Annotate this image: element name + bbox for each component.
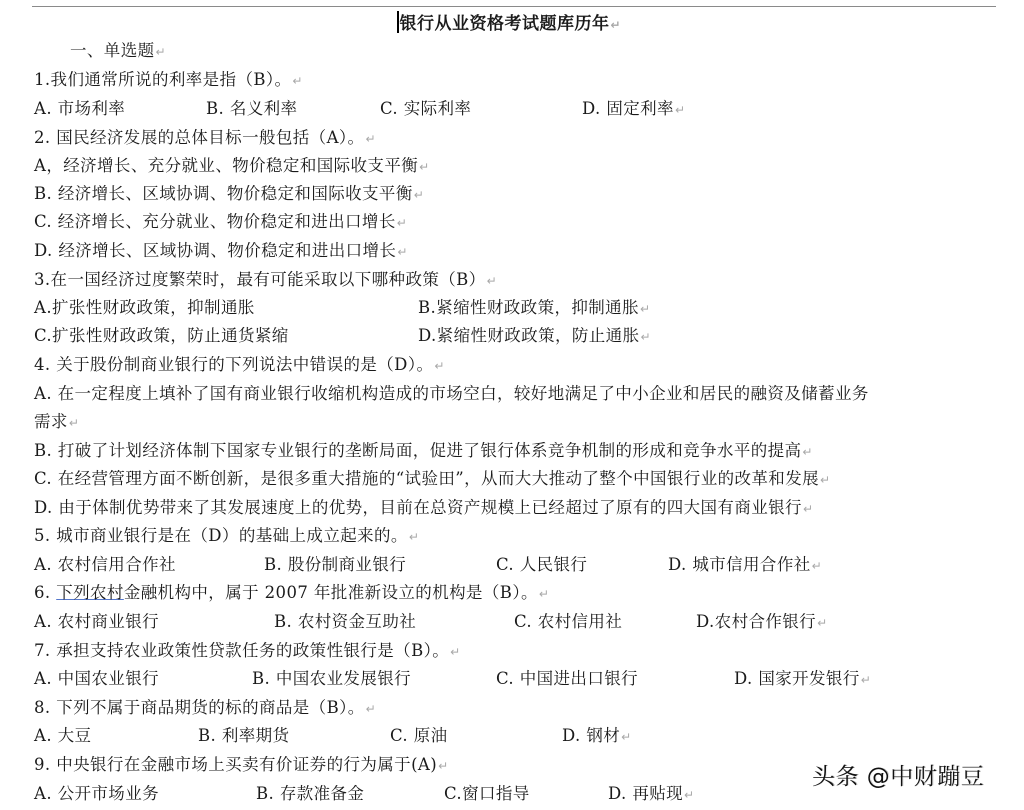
- option-b: B. 存款准备金: [256, 780, 364, 809]
- paragraph-mark-icon: ↵: [434, 359, 444, 373]
- question-1-options: A. 市场利率 B. 名义利率 C. 实际利率 D. 固定利率↵: [34, 95, 994, 123]
- question-5-stem: 5. 城市商业银行是在（D）的基础上成立起来的。↵: [34, 522, 419, 552]
- question-7-options: A. 中国农业银行 B. 中国农业发展银行 C. 中国进出口银行 D. 国家开发…: [34, 665, 994, 693]
- paragraph-mark-icon: ↵: [414, 188, 424, 202]
- option-c: C.扩张性财政政策，防止通货紧缩: [34, 322, 289, 351]
- option-text: A，经济增长、充分就业、物价稳定和国际收支平衡: [34, 156, 418, 175]
- question-text: 金融机构中，属于 2007 年批准新设立的机构是（B）。: [124, 583, 538, 602]
- option-b: B. 中国农业发展银行: [252, 665, 411, 694]
- option-text: B. 打破了计划经济体制下国家专业银行的垄断局面，促进了银行体系竞争机制的形成和…: [34, 441, 801, 460]
- option-a: A. 中国农业银行: [34, 665, 159, 694]
- question-1-stem: 1.我们通常所说的利率是指（B）。↵: [34, 66, 303, 96]
- option-d-text: D. 再贴现: [608, 784, 683, 803]
- paragraph-mark-icon: ↵: [156, 45, 166, 59]
- question-text: 3.在一国经济过度繁荣时，最有可能采取以下哪种政策（B）: [34, 270, 486, 289]
- spellcheck-underlined-text: 下列农村: [56, 583, 124, 602]
- option-c: C. 人民银行: [496, 551, 587, 580]
- option-d-text: D. 固定利率: [582, 99, 674, 118]
- paragraph-mark-icon: ↵: [861, 673, 871, 687]
- option-d: D. 再贴现↵: [608, 780, 695, 810]
- paragraph-mark-icon: ↵: [409, 530, 419, 544]
- question-text: 9. 中央银行在金融市场上买卖有价证券的行为属于(A): [34, 755, 437, 774]
- option-text: C. 在经营管理方面不断创新，是很多重大措施的“试验田”，从而大大推动了整个中国…: [34, 469, 819, 488]
- option-c: C.窗口指导: [444, 780, 530, 809]
- paragraph-mark-icon: ↵: [684, 788, 694, 802]
- option-d: D.农村合作银行↵: [696, 608, 828, 638]
- option-d-text: D.农村合作银行: [696, 612, 816, 631]
- option-c: C. 中国进出口银行: [496, 665, 638, 694]
- paragraph-mark-icon: ↵: [621, 730, 631, 744]
- paragraph-mark-icon: ↵: [640, 302, 650, 316]
- question-2-option-b: B. 经济增长、区域协调、物价稳定和国际收支平衡↵: [34, 180, 424, 210]
- option-d: D. 固定利率↵: [582, 95, 685, 125]
- question-text: 7. 承担支持农业政策性贷款任务的政策性银行是（B）。: [34, 641, 449, 660]
- question-8-options: A. 大豆 B. 利率期货 C. 原油 D. 钢材↵: [34, 722, 994, 750]
- paragraph-mark-icon: ↵: [366, 702, 376, 716]
- option-d: D. 钢材↵: [562, 722, 632, 752]
- question-9-stem: 9. 中央银行在金融市场上买卖有价证券的行为属于(A)↵: [34, 751, 449, 781]
- paragraph-mark-icon: ↵: [820, 473, 830, 487]
- paragraph-mark-icon: ↵: [397, 245, 407, 259]
- option-text: A. 在一定程度上填补了国有商业银行收缩机构造成的市场空白，较好地满足了中小企业…: [34, 384, 869, 403]
- option-d-text: D. 国家开发银行: [734, 669, 860, 688]
- option-text: D. 由于体制优势带来了其发展速度上的优势，目前在总资产规模上已经超过了原有的四…: [34, 498, 802, 517]
- question-text: 5. 城市商业银行是在（D）的基础上成立起来的。: [34, 526, 408, 545]
- option-b: B. 农村资金互助社: [274, 608, 416, 637]
- question-4-option-a-continued: 需求↵: [34, 408, 79, 438]
- paragraph-mark-icon: ↵: [487, 274, 497, 288]
- question-4-option-a: A. 在一定程度上填补了国有商业银行收缩机构造成的市场空白，较好地满足了中小企业…: [34, 380, 869, 409]
- question-4-option-d: D. 由于体制优势带来了其发展速度上的优势，目前在总资产规模上已经超过了原有的四…: [34, 494, 813, 524]
- watermark: 头条 @中财蹦豆: [812, 758, 984, 791]
- option-d: D.紧缩性财政政策，防止通胀↵: [418, 322, 651, 352]
- question-4-stem: 4. 关于股份制商业银行的下列说法中错误的是（D）。↵: [34, 351, 445, 381]
- question-2-option-a: A，经济增长、充分就业、物价稳定和国际收支平衡↵: [34, 152, 430, 182]
- page-top-border: [32, 6, 996, 7]
- question-number: 6.: [34, 583, 56, 602]
- option-text: 需求: [34, 412, 68, 431]
- question-4-option-c: C. 在经营管理方面不断创新，是很多重大措施的“试验田”，从而大大推动了整个中国…: [34, 465, 830, 495]
- question-3-stem: 3.在一国经济过度繁荣时，最有可能采取以下哪种政策（B）↵: [34, 266, 497, 296]
- paragraph-mark-icon: ↵: [69, 416, 79, 430]
- paragraph-mark-icon: ↵: [675, 103, 685, 117]
- option-b: B.紧缩性财政政策，抑制通胀↵: [418, 294, 650, 324]
- paragraph-mark-icon: ↵: [802, 445, 812, 459]
- question-4-option-b: B. 打破了计划经济体制下国家专业银行的垄断局面，促进了银行体系竞争机制的形成和…: [34, 437, 813, 467]
- paragraph-mark-icon: ↵: [803, 502, 813, 516]
- option-d-text: D. 城市信用合作社: [668, 555, 811, 574]
- option-b: B. 股份制商业银行: [264, 551, 406, 580]
- option-a: A.扩张性财政政策，抑制通胀: [34, 294, 255, 323]
- option-a: A. 农村信用合作社: [34, 551, 176, 580]
- question-text: 4. 关于股份制商业银行的下列说法中错误的是（D）。: [34, 355, 433, 374]
- option-text: D. 经济增长、区域协调、物价稳定和进出口增长: [34, 241, 396, 260]
- question-5-options: A. 农村信用合作社 B. 股份制商业银行 C. 人民银行 D. 城市信用合作社…: [34, 551, 994, 579]
- option-a: A. 大豆: [34, 722, 91, 751]
- question-2-stem: 2. 国民经济发展的总体目标一般包括（A）。↵: [34, 124, 376, 154]
- option-d-text: D. 钢材: [562, 726, 620, 745]
- section-heading: 一、单选题↵: [70, 37, 166, 67]
- question-text: 1.我们通常所说的利率是指（B）。: [34, 70, 291, 89]
- option-a: A. 农村商业银行: [34, 608, 159, 637]
- question-6-stem: 6. 下列农村金融机构中，属于 2007 年批准新设立的机构是（B）。↵: [34, 579, 549, 609]
- question-3-options-row-2: C.扩张性财政政策，防止通货紧缩 D.紧缩性财政政策，防止通胀↵: [34, 322, 994, 350]
- question-6-options: A. 农村商业银行 B. 农村资金互助社 C. 农村信用社 D.农村合作银行↵: [34, 608, 994, 636]
- question-2-option-d: D. 经济增长、区域协调、物价稳定和进出口增长↵: [34, 237, 408, 267]
- question-text: 2. 国民经济发展的总体目标一般包括（A）。: [34, 128, 364, 147]
- option-c: C. 实际利率: [380, 95, 471, 124]
- paragraph-mark-icon: ↵: [641, 330, 651, 344]
- option-b-text: B.紧缩性财政政策，抑制通胀: [418, 298, 639, 317]
- option-d: D. 城市信用合作社↵: [668, 551, 822, 581]
- question-7-stem: 7. 承担支持农业政策性贷款任务的政策性银行是（B）。↵: [34, 637, 461, 667]
- option-b: B. 利率期货: [198, 722, 289, 751]
- question-8-stem: 8. 下列不属于商品期货的标的商品是（B）。↵: [34, 694, 376, 724]
- question-3-options-row-1: A.扩张性财政政策，抑制通胀 B.紧缩性财政政策，抑制通胀↵: [34, 294, 994, 322]
- paragraph-mark-icon: ↵: [438, 759, 448, 773]
- paragraph-mark-icon: ↵: [365, 132, 375, 146]
- option-text: C. 经济增长、充分就业、物价稳定和进出口增长: [34, 212, 396, 231]
- option-a: A. 公开市场业务: [34, 780, 159, 809]
- option-d-text: D.紧缩性财政政策，防止通胀: [418, 326, 640, 345]
- option-c: C. 农村信用社: [514, 608, 622, 637]
- option-b: B. 名义利率: [206, 95, 297, 124]
- text-cursor: [397, 11, 399, 33]
- paragraph-mark-icon: ↵: [817, 616, 827, 630]
- paragraph-mark-icon: ↵: [539, 587, 549, 601]
- option-a: A. 市场利率: [34, 95, 125, 124]
- section-heading-text: 一、单选题: [70, 41, 155, 60]
- option-c: C. 原油: [390, 722, 448, 751]
- option-text: B. 经济增长、区域协调、物价稳定和国际收支平衡: [34, 184, 413, 203]
- paragraph-mark-icon: ↵: [611, 18, 622, 32]
- question-text: 8. 下列不属于商品期货的标的商品是（B）。: [34, 698, 365, 717]
- document-title[interactable]: 银行从业资格考试题库历年↵: [397, 10, 621, 39]
- document-title-text: 银行从业资格考试题库历年: [400, 14, 610, 34]
- paragraph-mark-icon: ↵: [812, 559, 822, 573]
- paragraph-mark-icon: ↵: [397, 216, 407, 230]
- paragraph-mark-icon: ↵: [292, 74, 302, 88]
- paragraph-mark-icon: ↵: [450, 645, 460, 659]
- question-2-option-c: C. 经济增长、充分就业、物价稳定和进出口增长↵: [34, 208, 407, 238]
- paragraph-mark-icon: ↵: [419, 160, 429, 174]
- option-d: D. 国家开发银行↵: [734, 665, 871, 695]
